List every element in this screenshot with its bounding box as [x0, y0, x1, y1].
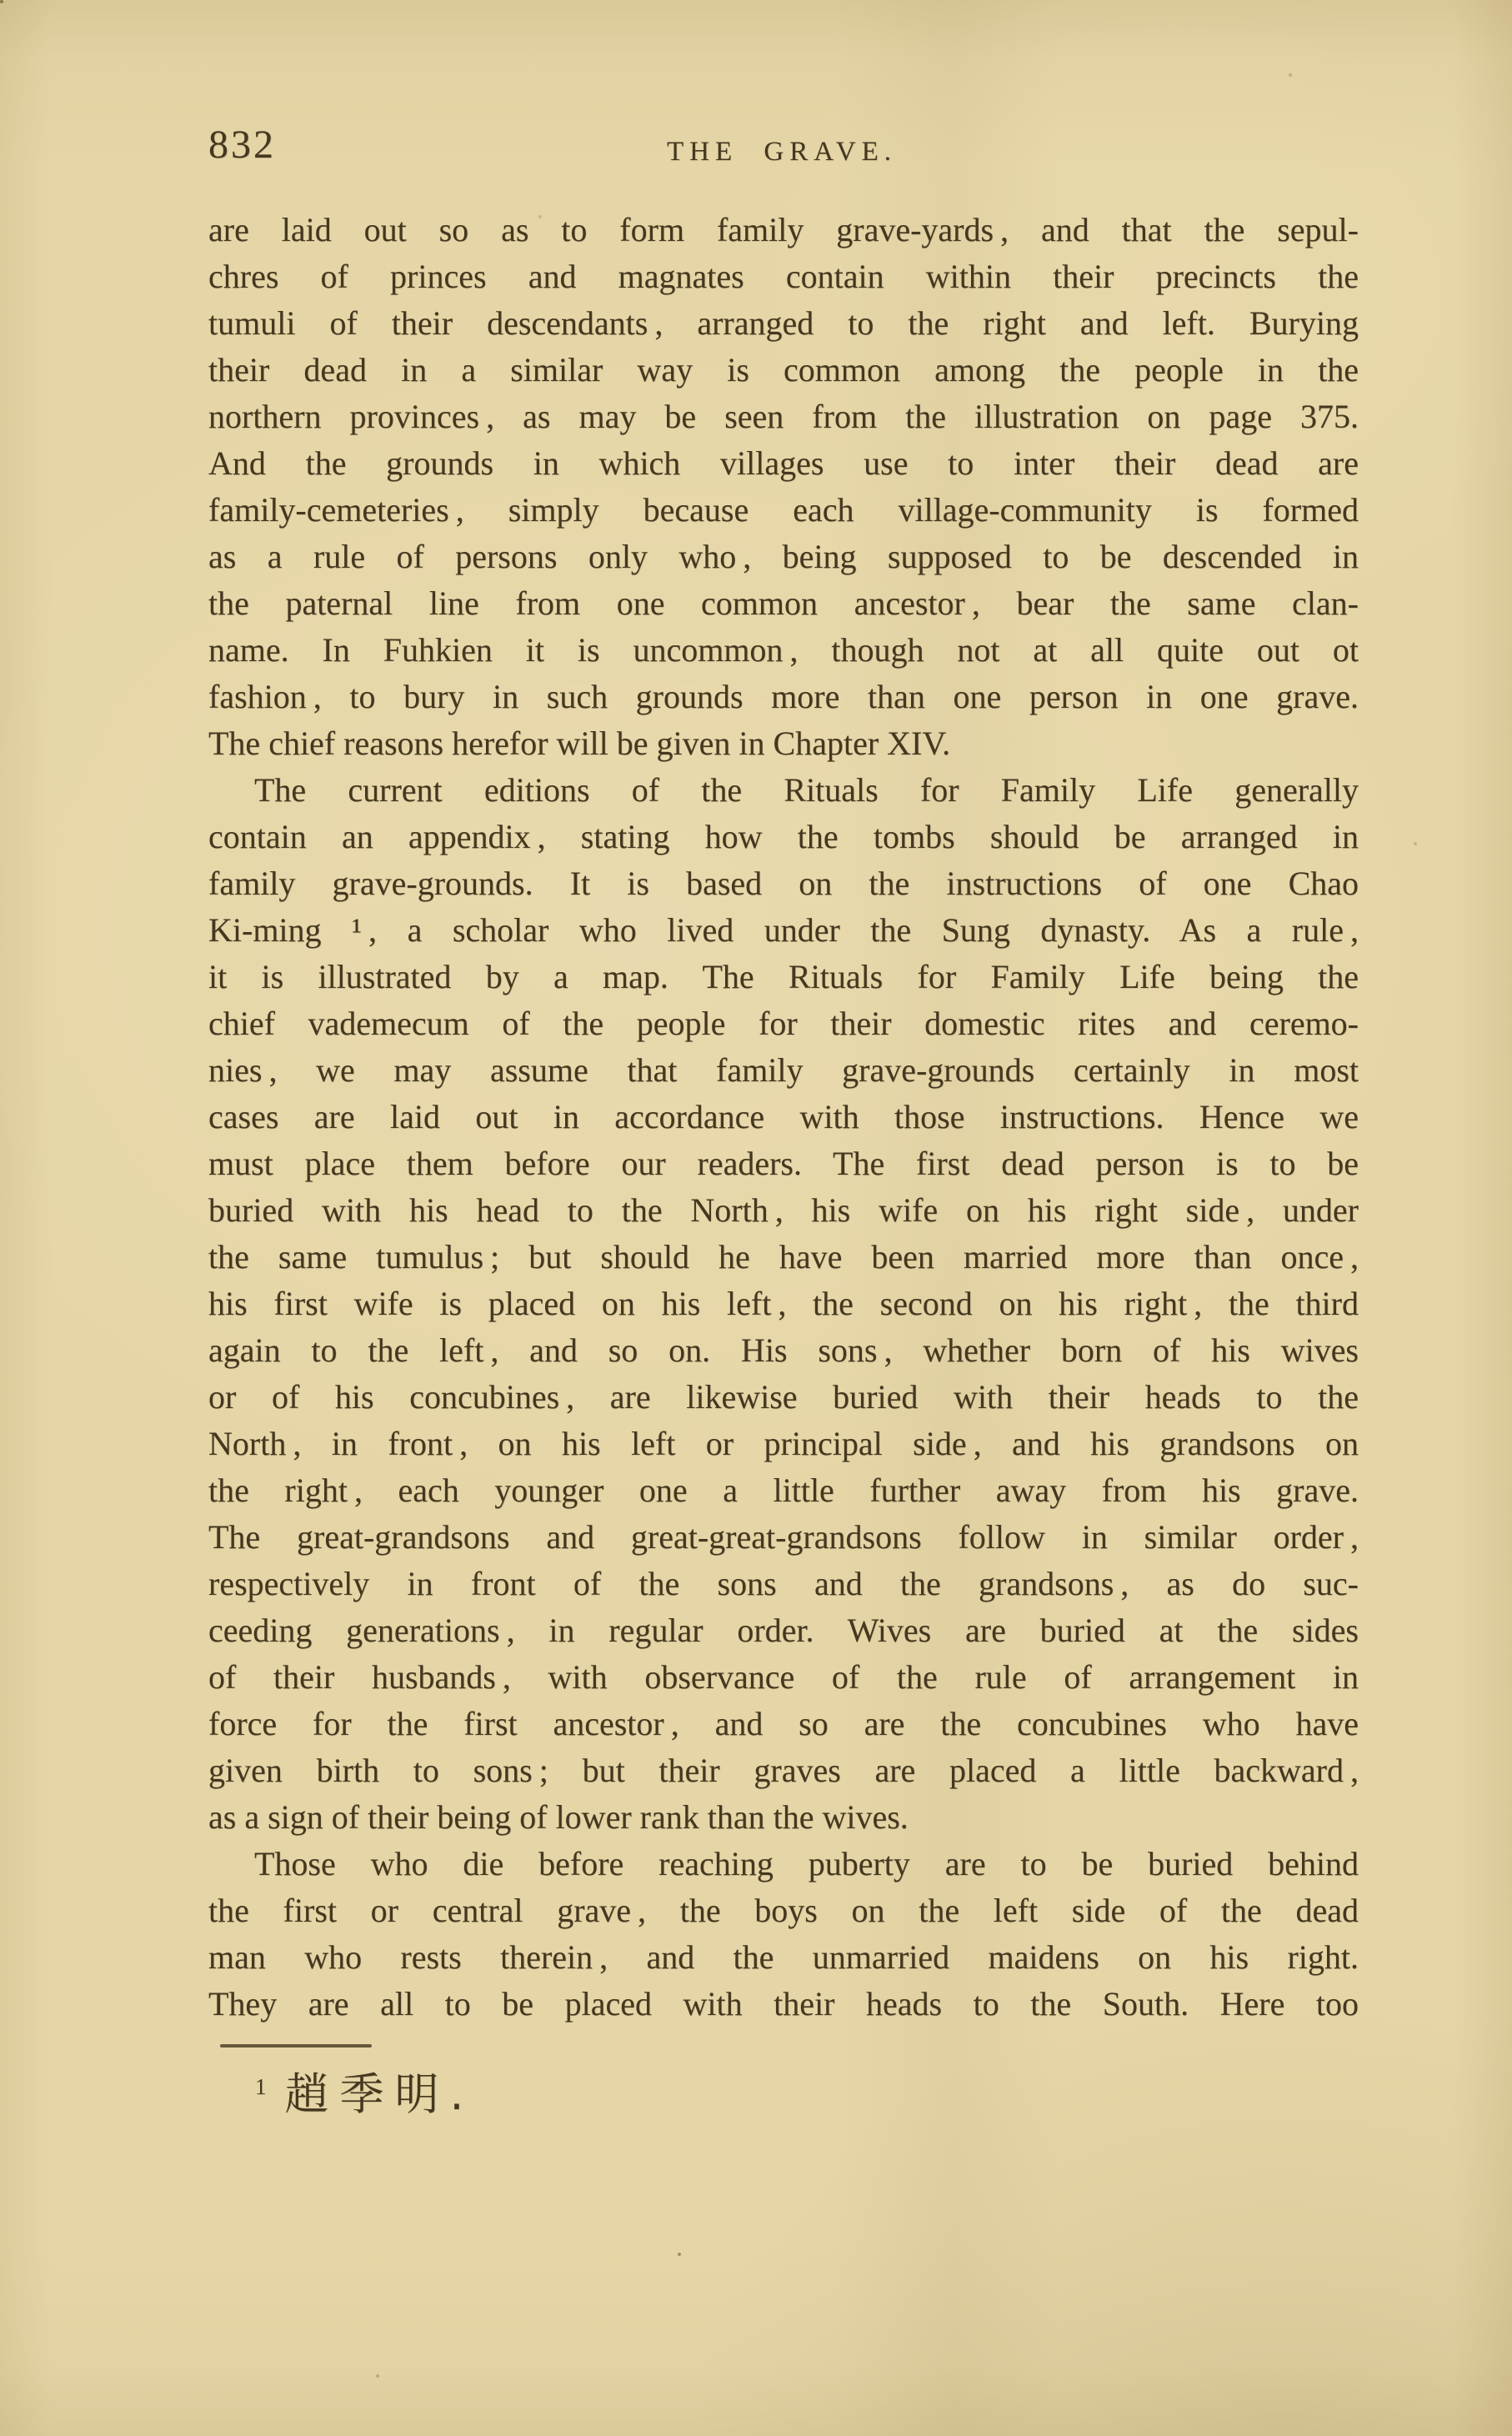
text-line: their dead in a similar way is common am… — [208, 347, 1359, 393]
text-line: ceeding generations , in regular order. … — [208, 1607, 1359, 1654]
text-line: or of his concubines , are likewise buri… — [208, 1374, 1359, 1421]
footnote: 1趙季明. — [255, 2066, 474, 2133]
text-line: the first or central grave , the boys on… — [208, 1887, 1359, 1934]
text-line: They are all to be placed with their hea… — [208, 1981, 1359, 2027]
text-line: given birth to sons ; but their graves a… — [208, 1747, 1359, 1794]
text-line: again to the left , and so on. His sons … — [208, 1327, 1359, 1374]
text-line: northern provinces , as may be seen from… — [208, 393, 1359, 440]
text-line: cases are laid out in accordance with th… — [208, 1094, 1359, 1140]
running-title: THE GRAVE. — [667, 137, 897, 168]
book-page: 832 THE GRAVE. are laid out so as to for… — [0, 0, 1512, 2436]
text-line: the paternal line from one common ancest… — [208, 580, 1359, 627]
text-line: And the grounds in which villages use to… — [208, 440, 1359, 487]
text-line: must place them before our readers. The … — [208, 1140, 1359, 1187]
text-line: force for the first ancestor , and so ar… — [208, 1701, 1359, 1747]
text-line: tumuli of their descendants , arranged t… — [208, 300, 1359, 347]
text-line: respectively in front of the sons and th… — [208, 1561, 1359, 1607]
text-line: family-cemeteries , simply because each … — [208, 487, 1359, 534]
text-line: man who rests therein , and the unmarrie… — [208, 1934, 1359, 1981]
text-line: The great-grandsons and great-great-gran… — [208, 1514, 1359, 1561]
text-line: The current editions of the Rituals for … — [208, 767, 1359, 814]
text-line: buried with his head to the North , his … — [208, 1187, 1359, 1234]
text-line: Those who die before reaching puberty ar… — [208, 1841, 1359, 1887]
page-header: 832 THE GRAVE. — [0, 0, 1512, 183]
text-line: name. In Fuhkien it is uncommon , though… — [208, 627, 1359, 674]
footnote-marker: 1 — [255, 2074, 267, 2100]
text-line: North , in front , on his left or princi… — [208, 1421, 1359, 1467]
text-line: The chief reasons herefor will be given … — [208, 720, 1359, 767]
text-line: it is illustrated by a map. The Rituals … — [208, 954, 1359, 1000]
text-line: are laid out so as to form family grave-… — [208, 207, 1359, 253]
footnote-divider — [220, 2044, 372, 2048]
text-line: fashion , to bury in such grounds more t… — [208, 674, 1359, 720]
body-text: are laid out so as to form family grave-… — [208, 207, 1359, 2027]
text-line: his first wife is placed on his left , t… — [208, 1281, 1359, 1327]
text-line: as a rule of persons only who , being su… — [208, 534, 1359, 580]
text-line: of their husbands , with observance of t… — [208, 1654, 1359, 1701]
text-line: the right , each younger one a little fu… — [208, 1467, 1359, 1514]
text-line: contain an appendix , stating how the to… — [208, 814, 1359, 860]
page-number: 832 — [208, 122, 276, 168]
text-line: as a sign of their being of lower rank t… — [208, 1794, 1359, 1841]
text-line: family grave-grounds. It is based on the… — [208, 860, 1359, 907]
text-line: the same tumulus ; but should he have be… — [208, 1234, 1359, 1281]
text-line: chief vademecum of the people for their … — [208, 1000, 1359, 1047]
text-line: Ki-ming ¹ , a scholar who lived under th… — [208, 907, 1359, 954]
text-line: nies , we may assume that family grave-g… — [208, 1047, 1359, 1094]
text-line: chres of princes and magnates contain wi… — [208, 253, 1359, 300]
footnote-cjk-text: 趙季明. — [285, 2066, 475, 2124]
